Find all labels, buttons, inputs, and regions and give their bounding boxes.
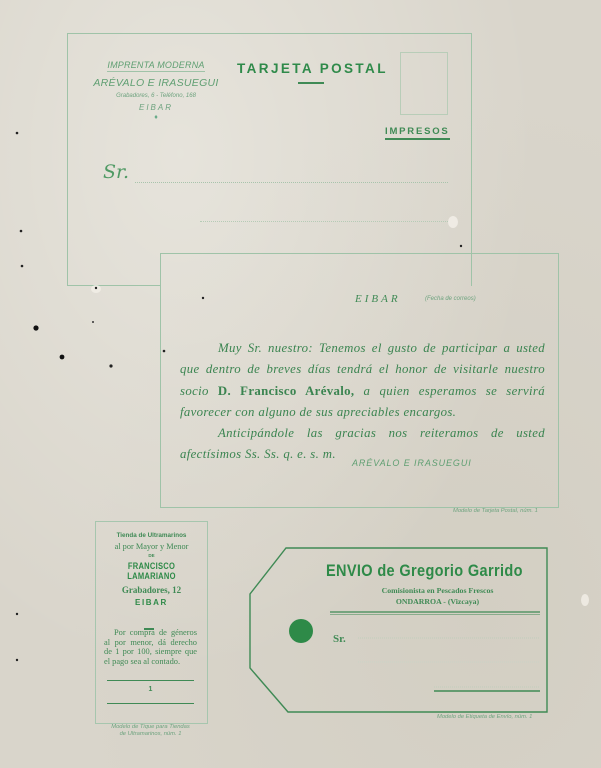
- salutation-text: Sr.: [103, 161, 129, 183]
- title-underline: [298, 82, 324, 84]
- postcard-title: TARJETA POSTAL: [237, 61, 388, 76]
- letter-date-note: (Fecha de correos): [425, 296, 476, 302]
- printer-city: EIBAR: [86, 103, 226, 112]
- address-line: [200, 221, 448, 222]
- ticket-header: Tienda de Ultramarinos al por Mayor y Me…: [95, 532, 208, 607]
- diamond-ornament-icon: ♦: [86, 114, 226, 121]
- ticket-terms: Por compra de géneros al por menor, dá d…: [104, 628, 197, 666]
- recipient-salutation: Sr.: [103, 161, 129, 183]
- category-label: IMPRESOS: [385, 126, 450, 140]
- postcard-bottom-edge: [67, 285, 160, 286]
- tag-title: ENVIO de Gregorio Garrido: [326, 562, 523, 581]
- ticket-city: EIBAR: [95, 598, 208, 607]
- postcard-caption: Modelo de Tarjeta Postal, núm. 1: [453, 508, 538, 514]
- printer-address: Grabadores, 6 - Teléfono, 168: [86, 93, 226, 99]
- ticket-terms-text: Por compra de géneros al por menor, dá d…: [104, 628, 197, 666]
- ticket-owner: FRANCISCO LAMARIANO: [103, 561, 200, 581]
- ticket-caption: Modelo de Tique para Tiendas de Ultramar…: [95, 724, 206, 737]
- letter-signature: ARÉVALO E IRASUEGUI: [352, 458, 472, 468]
- tag-caption: Modelo de Etiqueta de Envío, núm. 1: [437, 714, 532, 720]
- ticket-trade: al por Mayor y Menor: [95, 542, 208, 551]
- printer-company: ARÉVALO E IRASUEGUI: [86, 77, 226, 89]
- letter-body: Muy Sr. nuestro: Tenemos el gusto de par…: [180, 338, 545, 466]
- tag-salutation: Sr.: [333, 633, 346, 645]
- caption-line: de Ultramarinos, núm. 1: [95, 731, 206, 738]
- ticket-shop-type: Tienda de Ultramarinos: [95, 532, 208, 539]
- ticket-street: Grabadores, 12: [95, 585, 208, 595]
- stamp-box: [400, 52, 448, 115]
- ticket-rule: [107, 680, 194, 681]
- letter-paragraph: Muy Sr. nuestro: Tenemos el gusto de par…: [180, 338, 545, 423]
- tag-hole-icon: [289, 619, 313, 643]
- ticket-number: 1: [95, 686, 206, 693]
- tag-location: ONDARROA - (Vizcaya): [330, 597, 545, 608]
- printer-name: IMPRENTA MODERNA: [107, 60, 204, 72]
- address-line: [135, 182, 448, 183]
- ticket-de: DE: [95, 553, 208, 558]
- tag-subtitle-block: Comisionista en Pescados Frescos ONDARRO…: [330, 586, 545, 607]
- tag-subtitle: Comisionista en Pescados Frescos: [330, 586, 545, 597]
- partner-name: D. Francisco Arévalo,: [218, 384, 355, 398]
- ticket-rule: [107, 703, 194, 704]
- printer-imprint: IMPRENTA MODERNA ARÉVALO E IRASUEGUI Gra…: [86, 55, 226, 121]
- caption-line: Modelo de Tique para Tiendas: [95, 724, 206, 731]
- letter-city: EIBAR: [355, 293, 401, 305]
